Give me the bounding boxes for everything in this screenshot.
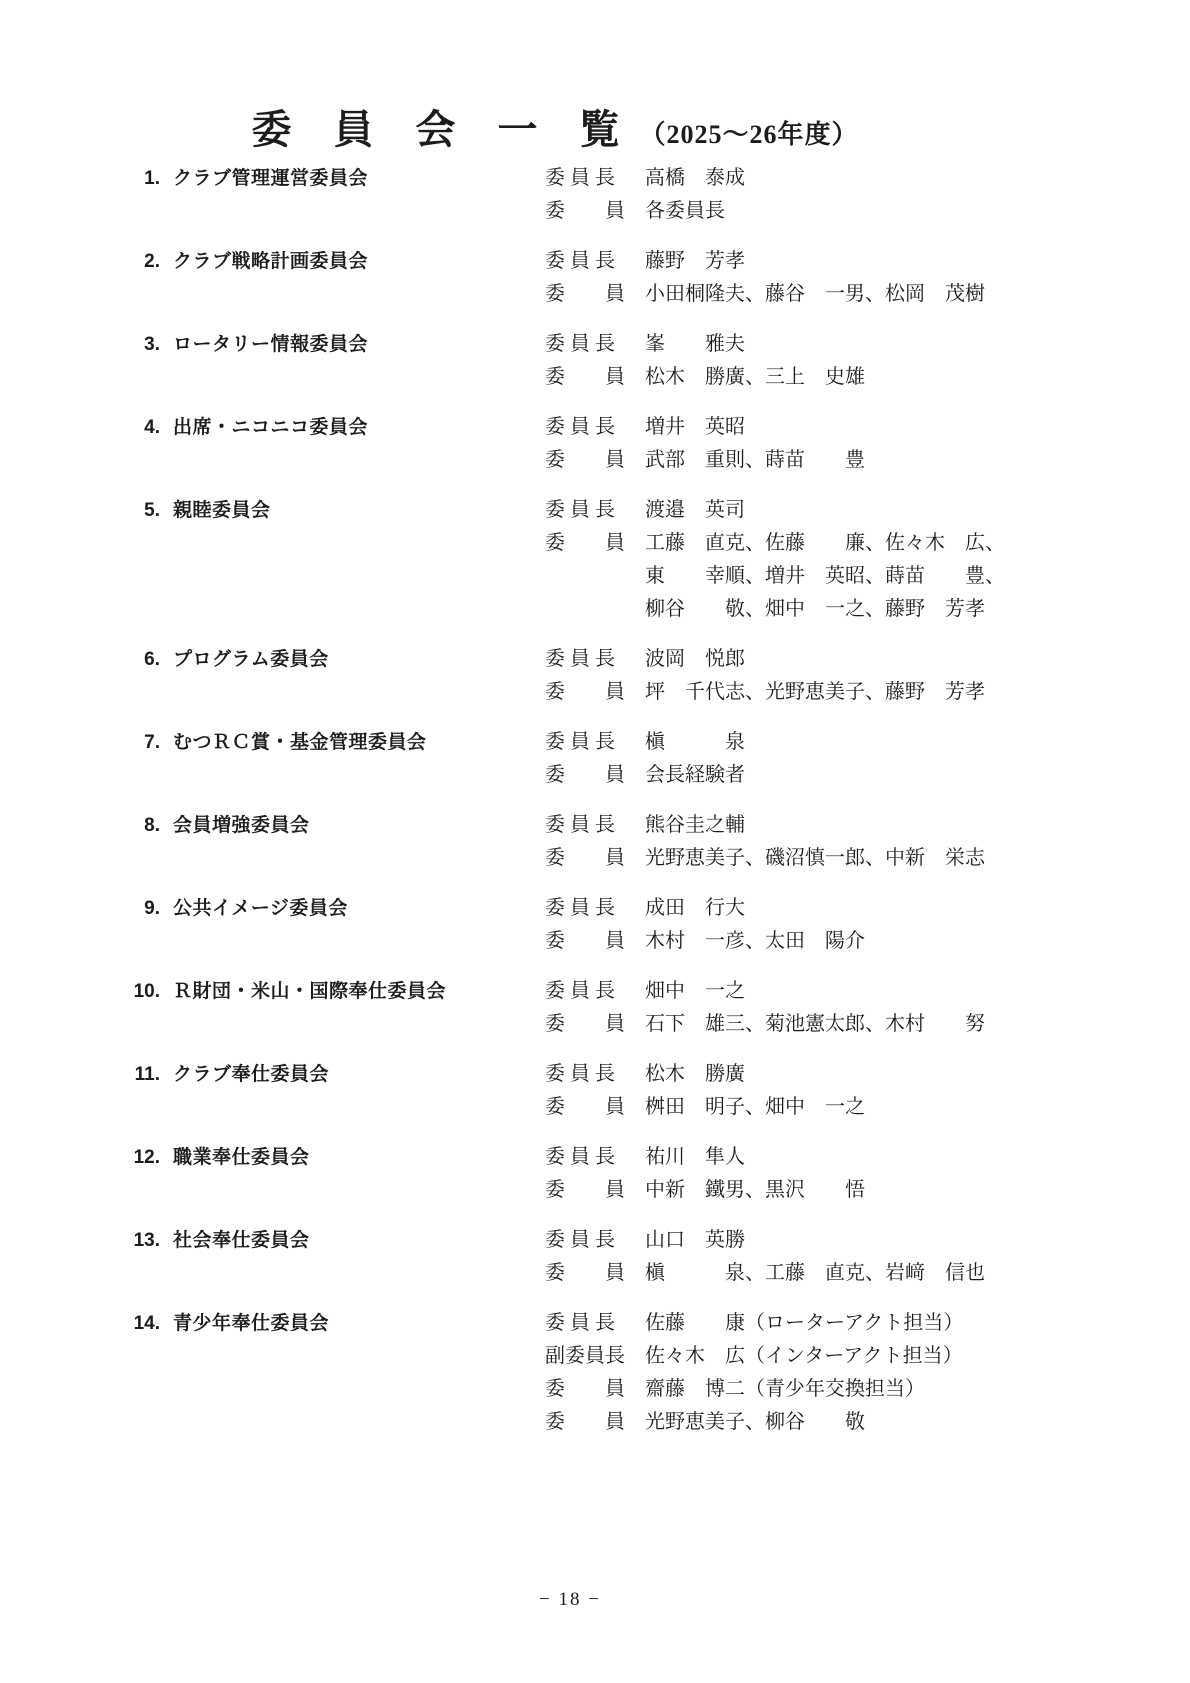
- committee-item: 5. 親睦委員会 委 員 長 渡邉 英司 委 員 工藤 直克、佐藤 廉、佐々木 …: [124, 494, 1140, 626]
- role-label: 委 員: [545, 527, 645, 560]
- committee-item: 8. 会員増強委員会 委 員 長 熊谷圭之輔 委 員 光野恵美子、磯沼慎一郎、中…: [124, 809, 1140, 875]
- committee-name: ロータリー情報委員会: [173, 328, 368, 361]
- role-names: 波岡 悦郎: [645, 643, 745, 676]
- role-label: 委 員: [545, 444, 645, 477]
- committee-number: 8.: [124, 809, 160, 842]
- committee-roles: 委 員 長 高橋 泰成 委 員 各委員長: [545, 162, 1140, 228]
- role-row: 委 員 光野恵美子、磯沼慎一郎、中新 栄志: [545, 842, 1140, 875]
- role-names: 成田 行大: [645, 892, 745, 925]
- role-names: 松木 勝廣、三上 史雄: [645, 361, 865, 394]
- committee-number: 7.: [124, 726, 160, 759]
- role-names: 小田桐隆夫、藤谷 一男、松岡 茂樹: [645, 278, 985, 311]
- role-label: 委 員: [545, 1257, 645, 1290]
- committee-heading: 3. ロータリー情報委員会: [124, 328, 545, 361]
- committee-number: 3.: [124, 328, 160, 361]
- committee-heading: 11. クラブ奉仕委員会: [124, 1058, 545, 1091]
- role-names: 坪 千代志、光野恵美子、藤野 芳孝: [645, 676, 985, 709]
- role-names: 中新 鐵男、黒沢 悟: [645, 1174, 865, 1207]
- role-label: 委 員: [545, 759, 645, 792]
- committee-roles: 委 員 長 増井 英昭 委 員 武部 重則、蒔苗 豊: [545, 411, 1140, 477]
- committee-name: 親睦委員会: [173, 494, 271, 527]
- role-label: 委 員: [545, 1008, 645, 1041]
- committee-item: 4. 出席・ニコニコ委員会 委 員 長 増井 英昭 委 員 武部 重則、蒔苗 豊: [124, 411, 1140, 477]
- committee-number: 6.: [124, 643, 160, 676]
- committee-roles: 委 員 長 熊谷圭之輔 委 員 光野恵美子、磯沼慎一郎、中新 栄志: [545, 809, 1140, 875]
- role-names: 峯 雅夫: [645, 328, 745, 361]
- committee-item: 6. プログラム委員会 委 員 長 波岡 悦郎 委 員 坪 千代志、光野恵美子、…: [124, 643, 1140, 709]
- role-names: 石下 雄三、菊池憲太郎、木村 努: [645, 1008, 985, 1041]
- role-label: 委 員 長: [545, 1224, 645, 1257]
- document-page: 委 員 会 一 覧（2025～26年度） 1. クラブ管理運営委員会 委 員 長…: [0, 0, 1190, 1683]
- role-row: 委 員 槇 泉、工藤 直克、岩﨑 信也: [545, 1257, 1140, 1290]
- role-names: 佐藤 康（ローターアクト担当）: [645, 1307, 963, 1340]
- committee-item: 9. 公共イメージ委員会 委 員 長 成田 行大 委 員 木村 一彦、太田 陽介: [124, 892, 1140, 958]
- role-row: 副委員長 佐々木 広（インターアクト担当）: [545, 1340, 1140, 1373]
- committee-heading: 8. 会員増強委員会: [124, 809, 545, 842]
- role-row: 委 員 長 波岡 悦郎: [545, 643, 1140, 676]
- role-row: 委 員 長 成田 行大: [545, 892, 1140, 925]
- role-label: 委 員 長: [545, 726, 645, 759]
- committee-heading: 5. 親睦委員会: [124, 494, 545, 527]
- role-names: 各委員長: [645, 195, 725, 228]
- role-label: 委 員: [545, 1174, 645, 1207]
- role-names: 高橋 泰成: [645, 162, 745, 195]
- committee-roles: 委 員 長 松木 勝廣 委 員 桝田 明子、畑中 一之: [545, 1058, 1140, 1124]
- committee-name: 公共イメージ委員会: [173, 892, 348, 925]
- committee-heading: 13. 社会奉仕委員会: [124, 1224, 545, 1257]
- committee-name: クラブ戦略計画委員会: [173, 245, 368, 278]
- committee-name: Ｒ財団・米山・国際奉仕委員会: [173, 975, 446, 1008]
- committee-number: 9.: [124, 892, 160, 925]
- page-number: − 18 −: [0, 1589, 1140, 1611]
- role-label: 委 員: [545, 676, 645, 709]
- role-names: 工藤 直克、佐藤 廉、佐々木 広、: [645, 527, 1005, 560]
- role-names: 渡邉 英司: [645, 494, 745, 527]
- committee-name: 会員増強委員会: [173, 809, 310, 842]
- role-names: 畑中 一之: [645, 975, 745, 1008]
- role-names: 会長経験者: [645, 759, 745, 792]
- committee-number: 14.: [124, 1307, 160, 1340]
- role-names: 東 幸順、増井 英昭、蒔苗 豊、: [645, 560, 1005, 593]
- role-label: 委 員 長: [545, 328, 645, 361]
- role-label: 委 員: [545, 1091, 645, 1124]
- role-row: 委 員 長 藤野 芳孝: [545, 245, 1140, 278]
- role-row: 東 幸順、増井 英昭、蒔苗 豊、: [545, 560, 1140, 593]
- role-label: 委 員 長: [545, 245, 645, 278]
- committee-name: クラブ管理運営委員会: [173, 162, 368, 195]
- title-text: 委 員 会 一 覧: [251, 107, 635, 152]
- role-names: 齋藤 博二（青少年交換担当）: [645, 1373, 925, 1406]
- committee-name: クラブ奉仕委員会: [173, 1058, 329, 1091]
- role-row: 委 員 中新 鐵男、黒沢 悟: [545, 1174, 1140, 1207]
- committee-heading: 2. クラブ戦略計画委員会: [124, 245, 545, 278]
- role-label: 委 員 長: [545, 975, 645, 1008]
- role-row: 委 員 工藤 直克、佐藤 廉、佐々木 広、: [545, 527, 1140, 560]
- role-row: 柳谷 敬、畑中 一之、藤野 芳孝: [545, 593, 1140, 626]
- role-row: 委 員 坪 千代志、光野恵美子、藤野 芳孝: [545, 676, 1140, 709]
- role-row: 委 員 長 山口 英勝: [545, 1224, 1140, 1257]
- committee-roles: 委 員 長 槇 泉 委 員 会長経験者: [545, 726, 1140, 792]
- role-row: 委 員 長 渡邉 英司: [545, 494, 1140, 527]
- committee-heading: 6. プログラム委員会: [124, 643, 545, 676]
- role-label: 委 員 長: [545, 494, 645, 527]
- committee-roles: 委 員 長 藤野 芳孝 委 員 小田桐隆夫、藤谷 一男、松岡 茂樹: [545, 245, 1140, 311]
- committee-heading: 14. 青少年奉仕委員会: [124, 1307, 545, 1340]
- role-label: 委 員 長: [545, 162, 645, 195]
- committee-item: 11. クラブ奉仕委員会 委 員 長 松木 勝廣 委 員 桝田 明子、畑中 一之: [124, 1058, 1140, 1124]
- committee-item: 10. Ｒ財団・米山・国際奉仕委員会 委 員 長 畑中 一之 委 員 石下 雄三…: [124, 975, 1140, 1041]
- role-names: 松木 勝廣: [645, 1058, 745, 1091]
- role-row: 委 員 長 畑中 一之: [545, 975, 1140, 1008]
- role-row: 委 員 長 松木 勝廣: [545, 1058, 1140, 1091]
- role-row: 委 員 長 熊谷圭之輔: [545, 809, 1140, 842]
- role-row: 委 員 長 高橋 泰成: [545, 162, 1140, 195]
- role-names: 光野恵美子、磯沼慎一郎、中新 栄志: [645, 842, 985, 875]
- role-label: 委 員 長: [545, 643, 645, 676]
- committee-item: 12. 職業奉仕委員会 委 員 長 祐川 隼人 委 員 中新 鐵男、黒沢 悟: [124, 1141, 1140, 1207]
- committee-heading: 12. 職業奉仕委員会: [124, 1141, 545, 1174]
- role-label: 委 員: [545, 1373, 645, 1406]
- committee-name: 青少年奉仕委員会: [173, 1307, 329, 1340]
- committee-number: 5.: [124, 494, 160, 527]
- role-row: 委 員 光野恵美子、柳谷 敬: [545, 1406, 1140, 1439]
- committee-item: 3. ロータリー情報委員会 委 員 長 峯 雅夫 委 員 松木 勝廣、三上 史雄: [124, 328, 1140, 394]
- committee-name: むつＲＣ賞・基金管理委員会: [173, 726, 427, 759]
- role-label: 委 員: [545, 195, 645, 228]
- role-names: 桝田 明子、畑中 一之: [645, 1091, 865, 1124]
- committee-heading: 4. 出席・ニコニコ委員会: [124, 411, 545, 444]
- role-label: 委 員: [545, 361, 645, 394]
- role-label: [545, 560, 645, 593]
- committee-roles: 委 員 長 畑中 一之 委 員 石下 雄三、菊池憲太郎、木村 努: [545, 975, 1140, 1041]
- role-row: 委 員 各委員長: [545, 195, 1140, 228]
- committee-roles: 委 員 長 佐藤 康（ローターアクト担当） 副委員長 佐々木 広（インターアクト…: [545, 1307, 1140, 1439]
- committee-number: 12.: [124, 1141, 160, 1174]
- role-label: [545, 593, 645, 626]
- title-year-suffix: （2025～26年度）: [639, 120, 858, 149]
- committee-item: 2. クラブ戦略計画委員会 委 員 長 藤野 芳孝 委 員 小田桐隆夫、藤谷 一…: [124, 245, 1140, 311]
- page-title: 委 員 会 一 覧（2025～26年度）: [0, 98, 1110, 155]
- committee-heading: 9. 公共イメージ委員会: [124, 892, 545, 925]
- role-row: 委 員 小田桐隆夫、藤谷 一男、松岡 茂樹: [545, 278, 1140, 311]
- role-row: 委 員 齋藤 博二（青少年交換担当）: [545, 1373, 1140, 1406]
- committee-roles: 委 員 長 山口 英勝 委 員 槇 泉、工藤 直克、岩﨑 信也: [545, 1224, 1140, 1290]
- committee-number: 1.: [124, 162, 160, 195]
- committee-number: 4.: [124, 411, 160, 444]
- role-row: 委 員 長 祐川 隼人: [545, 1141, 1140, 1174]
- committee-roles: 委 員 長 祐川 隼人 委 員 中新 鐵男、黒沢 悟: [545, 1141, 1140, 1207]
- role-label: 副委員長: [545, 1340, 645, 1373]
- committee-item: 1. クラブ管理運営委員会 委 員 長 高橋 泰成 委 員 各委員長: [124, 162, 1140, 228]
- role-names: 佐々木 広（インターアクト担当）: [645, 1340, 963, 1373]
- role-names: 槇 泉: [645, 726, 745, 759]
- role-label: 委 員 長: [545, 1141, 645, 1174]
- committee-roles: 委 員 長 波岡 悦郎 委 員 坪 千代志、光野恵美子、藤野 芳孝: [545, 643, 1140, 709]
- committee-heading: 1. クラブ管理運営委員会: [124, 162, 545, 195]
- role-names: 藤野 芳孝: [645, 245, 745, 278]
- role-label: 委 員: [545, 1406, 645, 1439]
- role-names: 木村 一彦、太田 陽介: [645, 925, 865, 958]
- committee-roles: 委 員 長 渡邉 英司 委 員 工藤 直克、佐藤 廉、佐々木 広、 東 幸順、増…: [545, 494, 1140, 626]
- committee-number: 11.: [124, 1058, 160, 1091]
- role-row: 委 員 会長経験者: [545, 759, 1140, 792]
- committee-list: 1. クラブ管理運営委員会 委 員 長 高橋 泰成 委 員 各委員長 2. クラ…: [124, 162, 1140, 1456]
- role-names: 増井 英昭: [645, 411, 745, 444]
- committee-item: 13. 社会奉仕委員会 委 員 長 山口 英勝 委 員 槇 泉、工藤 直克、岩﨑…: [124, 1224, 1140, 1290]
- committee-number: 10.: [124, 975, 160, 1008]
- role-row: 委 員 武部 重則、蒔苗 豊: [545, 444, 1140, 477]
- committee-name: プログラム委員会: [173, 643, 329, 676]
- role-label: 委 員 長: [545, 809, 645, 842]
- committee-item: 7. むつＲＣ賞・基金管理委員会 委 員 長 槇 泉 委 員 会長経験者: [124, 726, 1140, 792]
- role-row: 委 員 長 峯 雅夫: [545, 328, 1140, 361]
- committee-number: 13.: [124, 1224, 160, 1257]
- role-names: 山口 英勝: [645, 1224, 745, 1257]
- committee-heading: 7. むつＲＣ賞・基金管理委員会: [124, 726, 545, 759]
- role-label: 委 員: [545, 925, 645, 958]
- role-names: 柳谷 敬、畑中 一之、藤野 芳孝: [645, 593, 985, 626]
- role-names: 光野恵美子、柳谷 敬: [645, 1406, 865, 1439]
- role-row: 委 員 長 槇 泉: [545, 726, 1140, 759]
- role-label: 委 員 長: [545, 892, 645, 925]
- role-label: 委 員 長: [545, 411, 645, 444]
- committee-number: 2.: [124, 245, 160, 278]
- role-row: 委 員 桝田 明子、畑中 一之: [545, 1091, 1140, 1124]
- role-names: 祐川 隼人: [645, 1141, 745, 1174]
- committee-name: 出席・ニコニコ委員会: [173, 411, 368, 444]
- role-row: 委 員 石下 雄三、菊池憲太郎、木村 努: [545, 1008, 1140, 1041]
- role-row: 委 員 長 増井 英昭: [545, 411, 1140, 444]
- role-row: 委 員 松木 勝廣、三上 史雄: [545, 361, 1140, 394]
- committee-name: 職業奉仕委員会: [173, 1141, 310, 1174]
- committee-name: 社会奉仕委員会: [173, 1224, 310, 1257]
- role-names: 槇 泉、工藤 直克、岩﨑 信也: [645, 1257, 985, 1290]
- role-row: 委 員 長 佐藤 康（ローターアクト担当）: [545, 1307, 1140, 1340]
- role-label: 委 員 長: [545, 1307, 645, 1340]
- committee-roles: 委 員 長 成田 行大 委 員 木村 一彦、太田 陽介: [545, 892, 1140, 958]
- role-names: 武部 重則、蒔苗 豊: [645, 444, 865, 477]
- role-label: 委 員 長: [545, 1058, 645, 1091]
- committee-item: 14. 青少年奉仕委員会 委 員 長 佐藤 康（ローターアクト担当） 副委員長 …: [124, 1307, 1140, 1439]
- role-label: 委 員: [545, 842, 645, 875]
- role-names: 熊谷圭之輔: [645, 809, 745, 842]
- committee-heading: 10. Ｒ財団・米山・国際奉仕委員会: [124, 975, 545, 1008]
- committee-roles: 委 員 長 峯 雅夫 委 員 松木 勝廣、三上 史雄: [545, 328, 1140, 394]
- role-row: 委 員 木村 一彦、太田 陽介: [545, 925, 1140, 958]
- role-label: 委 員: [545, 278, 645, 311]
